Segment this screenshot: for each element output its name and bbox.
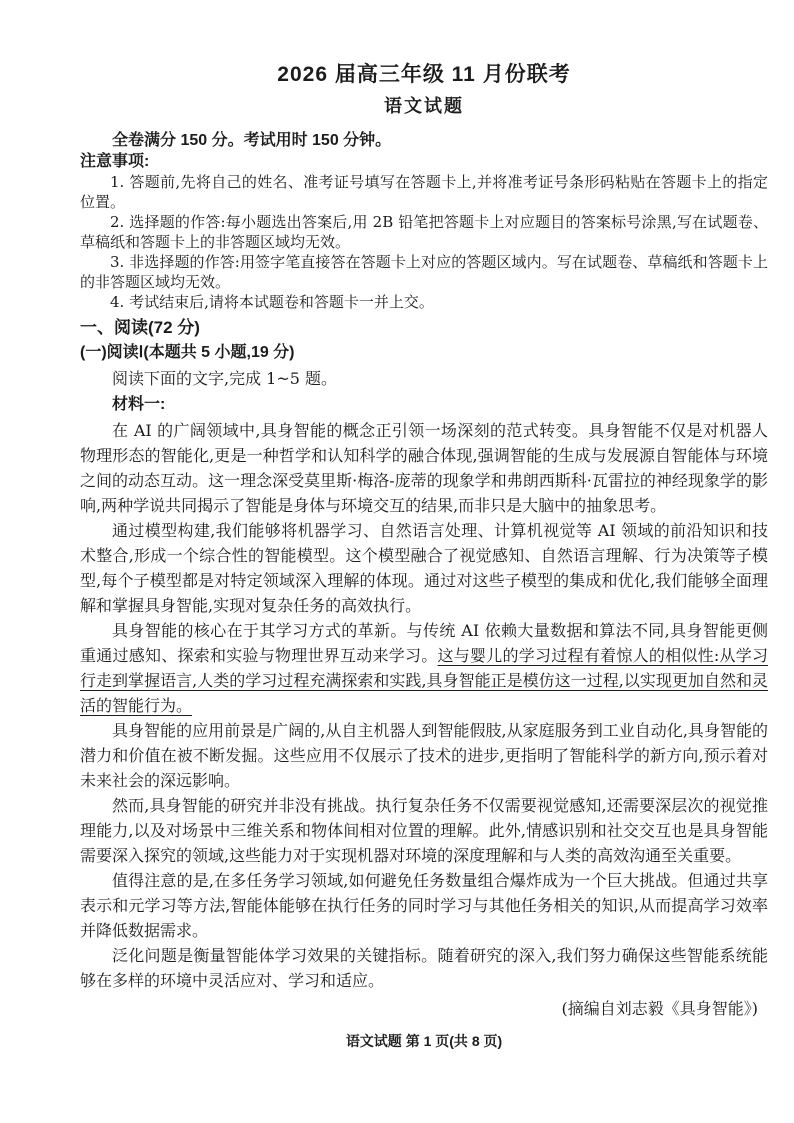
notice-heading: 注意事项: xyxy=(80,152,768,172)
material-paragraph-7: 泛化问题是衡量智能体学习效果的关键指标。随着研究的深入,我们努力确保这些智能系统… xyxy=(80,943,768,993)
exam-info: 全卷满分 150 分。考试用时 150 分钟。 xyxy=(80,127,768,150)
exam-subtitle: 语文试题 xyxy=(80,92,768,118)
notice-section: 注意事项: 1. 答题前,先将自己的姓名、准考证号填写在答题卡上,并将准考证号条… xyxy=(80,152,768,312)
material-one-label: 材料一: xyxy=(80,392,768,418)
subsection-heading-reading-1: (一)阅读Ⅰ(本题共 5 小题,19 分) xyxy=(80,340,768,366)
material-paragraph-2: 通过模型构建,我们能够将机器学习、自然语言处理、计算机视觉等 AI 领域的前沿知… xyxy=(80,518,768,618)
material-paragraph-5: 然而,具身智能的研究并非没有挑战。执行复杂任务不仅需要视觉感知,还需要深层次的视… xyxy=(80,793,768,868)
page-footer: 语文试题 第 1 页(共 8 页) xyxy=(80,1031,768,1051)
material-paragraph-6: 值得注意的是,在多任务学习领域,如何避免任务数量组合爆炸成为一个巨大挑战。但通过… xyxy=(80,868,768,943)
source-attribution: (摘编自刘志毅《具身智能》) xyxy=(80,996,758,1021)
notice-item-2: 2. 选择题的作答:每小题选出答案后,用 2B 铅笔把答题卡上对应题目的答案标号… xyxy=(80,212,768,252)
reading-instruction: 阅读下面的文字,完成 1~5 题。 xyxy=(80,366,768,392)
notice-item-4: 4. 考试结束后,请将本试题卷和答题卡一并上交。 xyxy=(80,292,768,312)
exam-title: 2026 届高三年级 11 月份联考 xyxy=(80,58,768,88)
material-paragraph-3: 具身智能的核心在于其学习方式的革新。与传统 AI 依赖大量数据和算法不同,具身智… xyxy=(80,618,768,718)
section-heading-reading: 一、阅读(72 分) xyxy=(80,315,768,340)
material-one-body: 在 AI 的广阔领域中,具身智能的概念正引领一场深刻的范式转变。具身智能不仅是对… xyxy=(80,418,768,993)
material-paragraph-4: 具身智能的应用前景是广阔的,从自主机器人到智能假肢,从家庭服务到工业自动化,具身… xyxy=(80,718,768,793)
exam-paper-page: 2026 届高三年级 11 月份联考 语文试题 全卷满分 150 分。考试用时 … xyxy=(0,0,794,1123)
notice-item-1: 1. 答题前,先将自己的姓名、准考证号填写在答题卡上,并将准考证号条形码粘贴在答… xyxy=(80,172,768,212)
material-paragraph-1: 在 AI 的广阔领域中,具身智能的概念正引领一场深刻的范式转变。具身智能不仅是对… xyxy=(80,418,768,518)
notice-item-3: 3. 非选择题的作答:用签字笔直接答在答题卡上对应的答题区域内。写在试题卷、草稿… xyxy=(80,252,768,292)
